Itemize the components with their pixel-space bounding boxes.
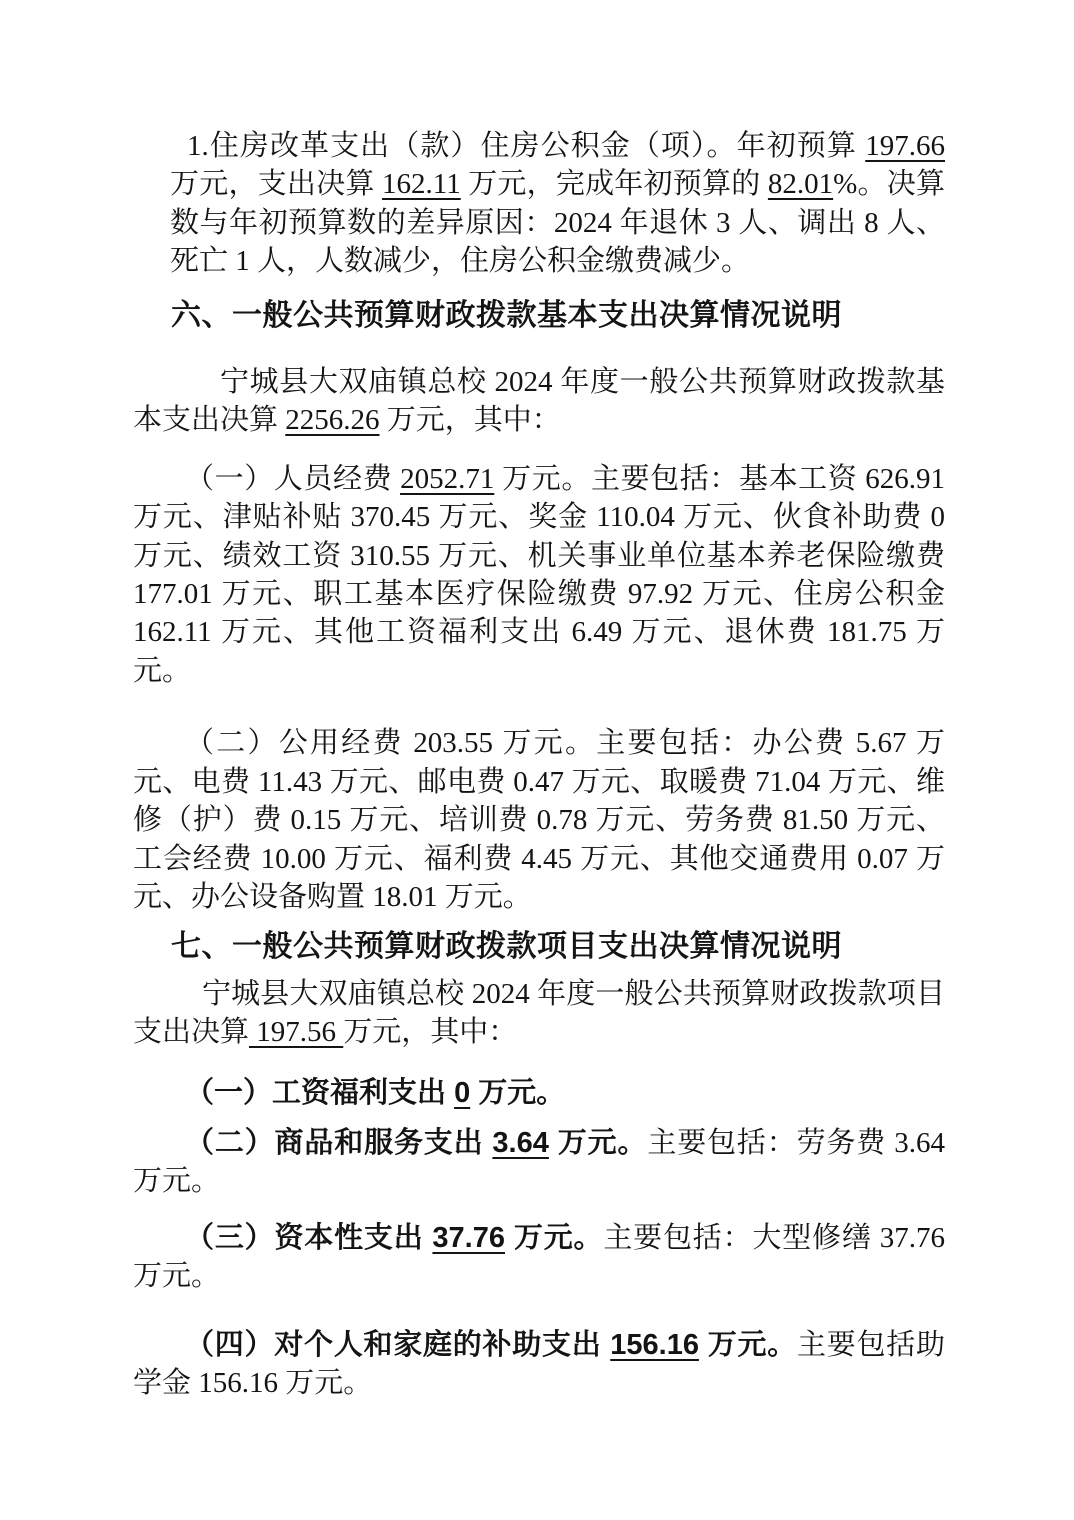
text-run: 万元，其中：	[343, 1016, 517, 1048]
underlined-final-value: 162.11	[382, 168, 461, 200]
bold-run: 万元。	[699, 1329, 797, 1361]
underlined-salary-welfare-value: 0	[454, 1077, 470, 1109]
para-personnel-expense: （一）人员经费 2052.71 万元。主要包括：基本工资 626.91 万元、津…	[133, 460, 945, 690]
heading-section-six: 六、一般公共预算财政拨款基本支出决算情况说明	[133, 297, 945, 335]
underlined-capital-value: 37.76	[432, 1222, 505, 1254]
para-capital-expense: （三）资本性支出 37.76 万元。主要包括：大型修缮 37.76 万元。	[133, 1219, 945, 1296]
para-goods-services-expense: （二）商品和服务支出 3.64 万元。主要包括：劳务费 3.64 万元。	[133, 1124, 945, 1201]
bold-run: 万元。	[549, 1127, 647, 1159]
bold-run: （二）商品和服务支出	[185, 1127, 492, 1159]
underlined-basic-expense-total: 2256.26	[285, 404, 379, 436]
heading-section-seven: 七、一般公共预算财政拨款项目支出决算情况说明	[133, 928, 945, 966]
document-page: 1.住房改革支出（款）住房公积金（项）。年初预算 197.66 万元，支出决算 …	[0, 0, 1074, 1520]
text-run: 万元，其中：	[380, 404, 561, 436]
bold-run: 万元。	[470, 1077, 565, 1109]
text-run: 1.住房改革支出（款）住房公积金（项）。年初预算	[187, 130, 865, 162]
underlined-percent-value: 82.01	[768, 168, 833, 200]
para-section-six-intro: 宁城县大双庙镇总校 2024 年度一般公共预算财政拨款基本支出决算 2256.2…	[133, 363, 945, 440]
bold-run: （一）工资福利支出	[185, 1077, 454, 1109]
bold-run: （三）资本性支出	[185, 1222, 432, 1254]
para-public-expense: （二）公用经费 203.55 万元。主要包括：办公费 5.67 万元、电费 11…	[133, 724, 945, 916]
underlined-project-expense-total: 197.56	[249, 1016, 343, 1048]
underlined-personnel-total: 2052.71	[400, 463, 494, 495]
bold-run: （四）对个人和家庭的补助支出	[185, 1329, 610, 1361]
bold-run: 万元。	[505, 1222, 603, 1254]
text-run: （二）公用经费 203.55 万元。主要包括：办公费 5.67 万元、电费 11…	[133, 727, 945, 913]
underlined-subsidy-value: 156.16	[610, 1329, 699, 1361]
para-individual-family-subsidy: （四）对个人和家庭的补助支出 156.16 万元。主要包括助学金 156.16 …	[133, 1326, 945, 1403]
para-section-seven-intro: 宁城县大双庙镇总校 2024 年度一般公共预算财政拨款项目支出决算 197.56…	[133, 975, 945, 1052]
para-salary-welfare-expense: （一）工资福利支出 0 万元。	[133, 1074, 945, 1112]
text-run: 万元。主要包括：基本工资 626.91 万元、津贴补贴 370.45 万元、奖金…	[133, 463, 945, 687]
text-run: （一）人员经费	[185, 463, 400, 495]
underlined-budget-value: 197.66	[865, 130, 945, 162]
text-run: 万元，支出决算	[170, 168, 382, 200]
text-run: 万元，完成年初预算的	[461, 168, 768, 200]
para-housing-reform-item: 1.住房改革支出（款）住房公积金（项）。年初预算 197.66 万元，支出决算 …	[170, 127, 945, 281]
underlined-goods-services-value: 3.64	[492, 1127, 548, 1159]
